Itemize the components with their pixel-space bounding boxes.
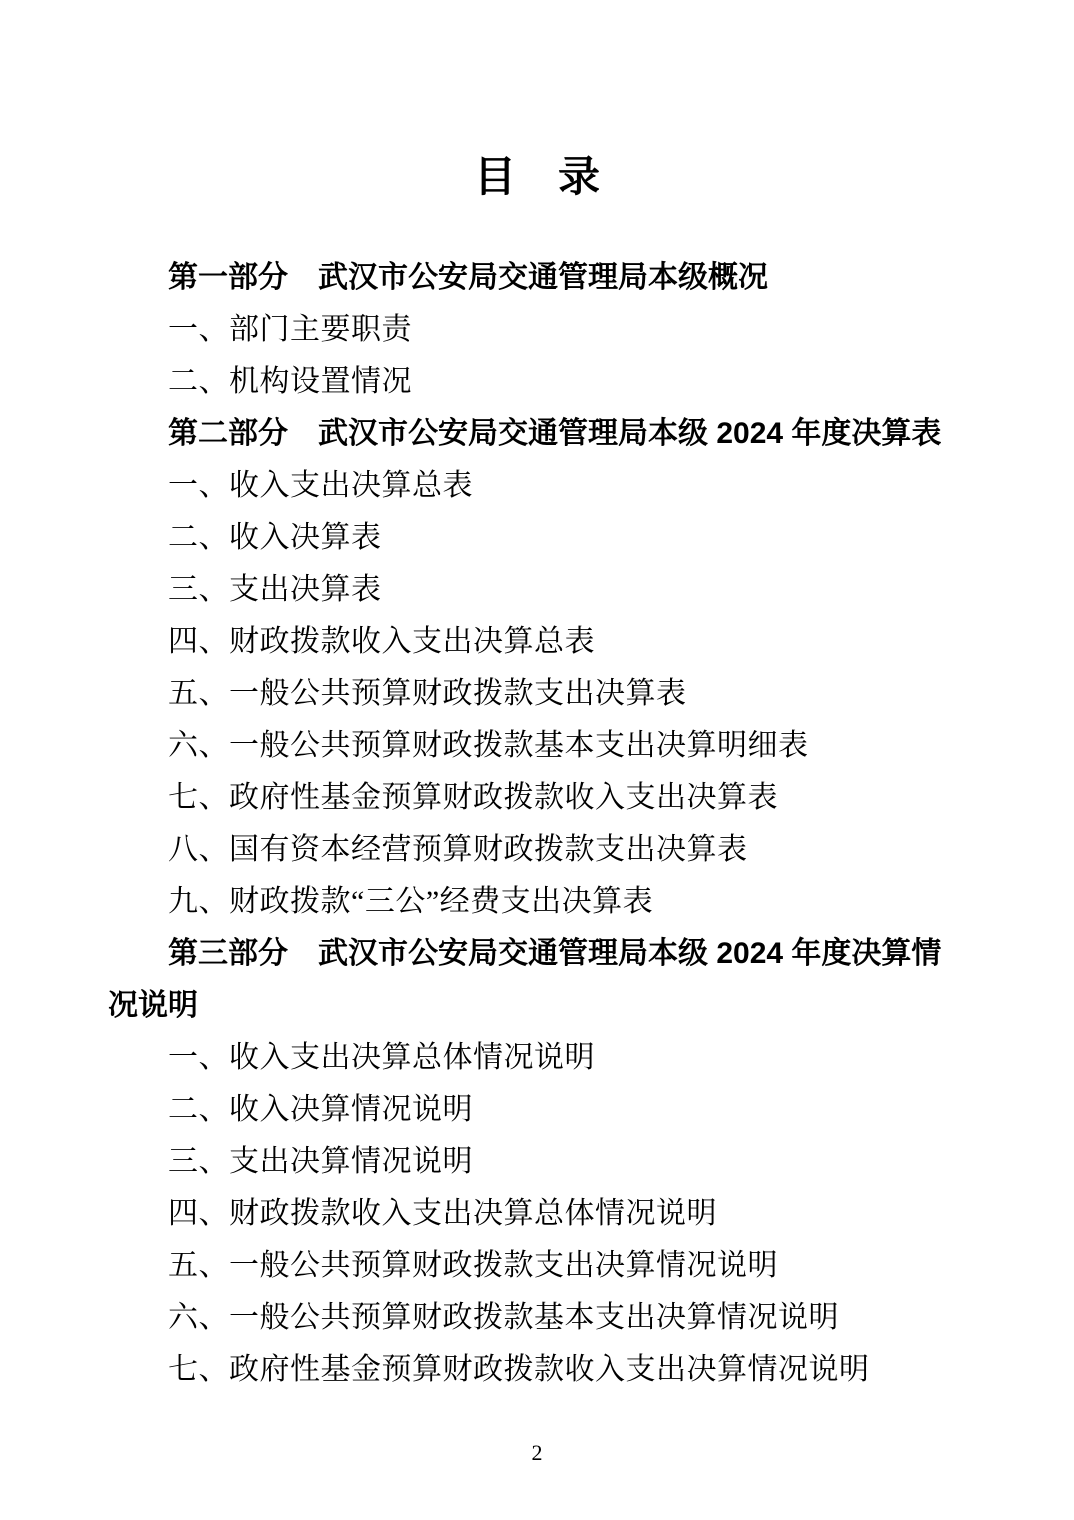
page-title: 目 录: [0, 0, 1074, 200]
toc-item-3-1: 一、收入支出决算总体情况说明: [108, 1032, 966, 1084]
toc-section-1-heading: 第一部分 武汉市公安局交通管理局本级概况: [108, 252, 966, 304]
toc-item-3-7: 七、政府性基金预算财政拨款收入支出决算情况说明: [108, 1344, 966, 1396]
toc-section-3-heading: 第三部分 武汉市公安局交通管理局本级 2024 年度决算情况说明: [108, 928, 966, 1032]
toc-item-2-2: 二、收入决算表: [108, 512, 966, 564]
toc-item-2-9: 九、财政拨款“三公”经费支出决算表: [108, 876, 966, 928]
toc-item-2-1: 一、收入支出决算总表: [108, 460, 966, 512]
toc-section-2-heading: 第二部分 武汉市公安局交通管理局本级 2024 年度决算表: [108, 408, 966, 460]
toc-item-2-5: 五、一般公共预算财政拨款支出决算表: [108, 668, 966, 720]
toc-item-3-4: 四、财政拨款收入支出决算总体情况说明: [108, 1188, 966, 1240]
toc-item-3-2: 二、收入决算情况说明: [108, 1084, 966, 1136]
toc-item-3-6: 六、一般公共预算财政拨款基本支出决算情况说明: [108, 1292, 966, 1344]
toc-item-3-5: 五、一般公共预算财政拨款支出决算情况说明: [108, 1240, 966, 1292]
toc-item-1-2: 二、机构设置情况: [108, 356, 966, 408]
toc-item-2-4: 四、财政拨款收入支出决算总表: [108, 616, 966, 668]
document-page: 目 录 第一部分 武汉市公安局交通管理局本级概况 一、部门主要职责 二、机构设置…: [0, 0, 1074, 1520]
toc-item-2-3: 三、支出决算表: [108, 564, 966, 616]
toc-item-2-6: 六、一般公共预算财政拨款基本支出决算明细表: [108, 720, 966, 772]
toc-item-1-1: 一、部门主要职责: [108, 304, 966, 356]
table-of-contents: 第一部分 武汉市公安局交通管理局本级概况 一、部门主要职责 二、机构设置情况 第…: [108, 200, 966, 1396]
toc-item-2-8: 八、国有资本经营预算财政拨款支出决算表: [108, 824, 966, 876]
toc-item-3-3: 三、支出决算情况说明: [108, 1136, 966, 1188]
page-number: 2: [0, 1442, 1074, 1464]
toc-item-2-7: 七、政府性基金预算财政拨款收入支出决算表: [108, 772, 966, 824]
